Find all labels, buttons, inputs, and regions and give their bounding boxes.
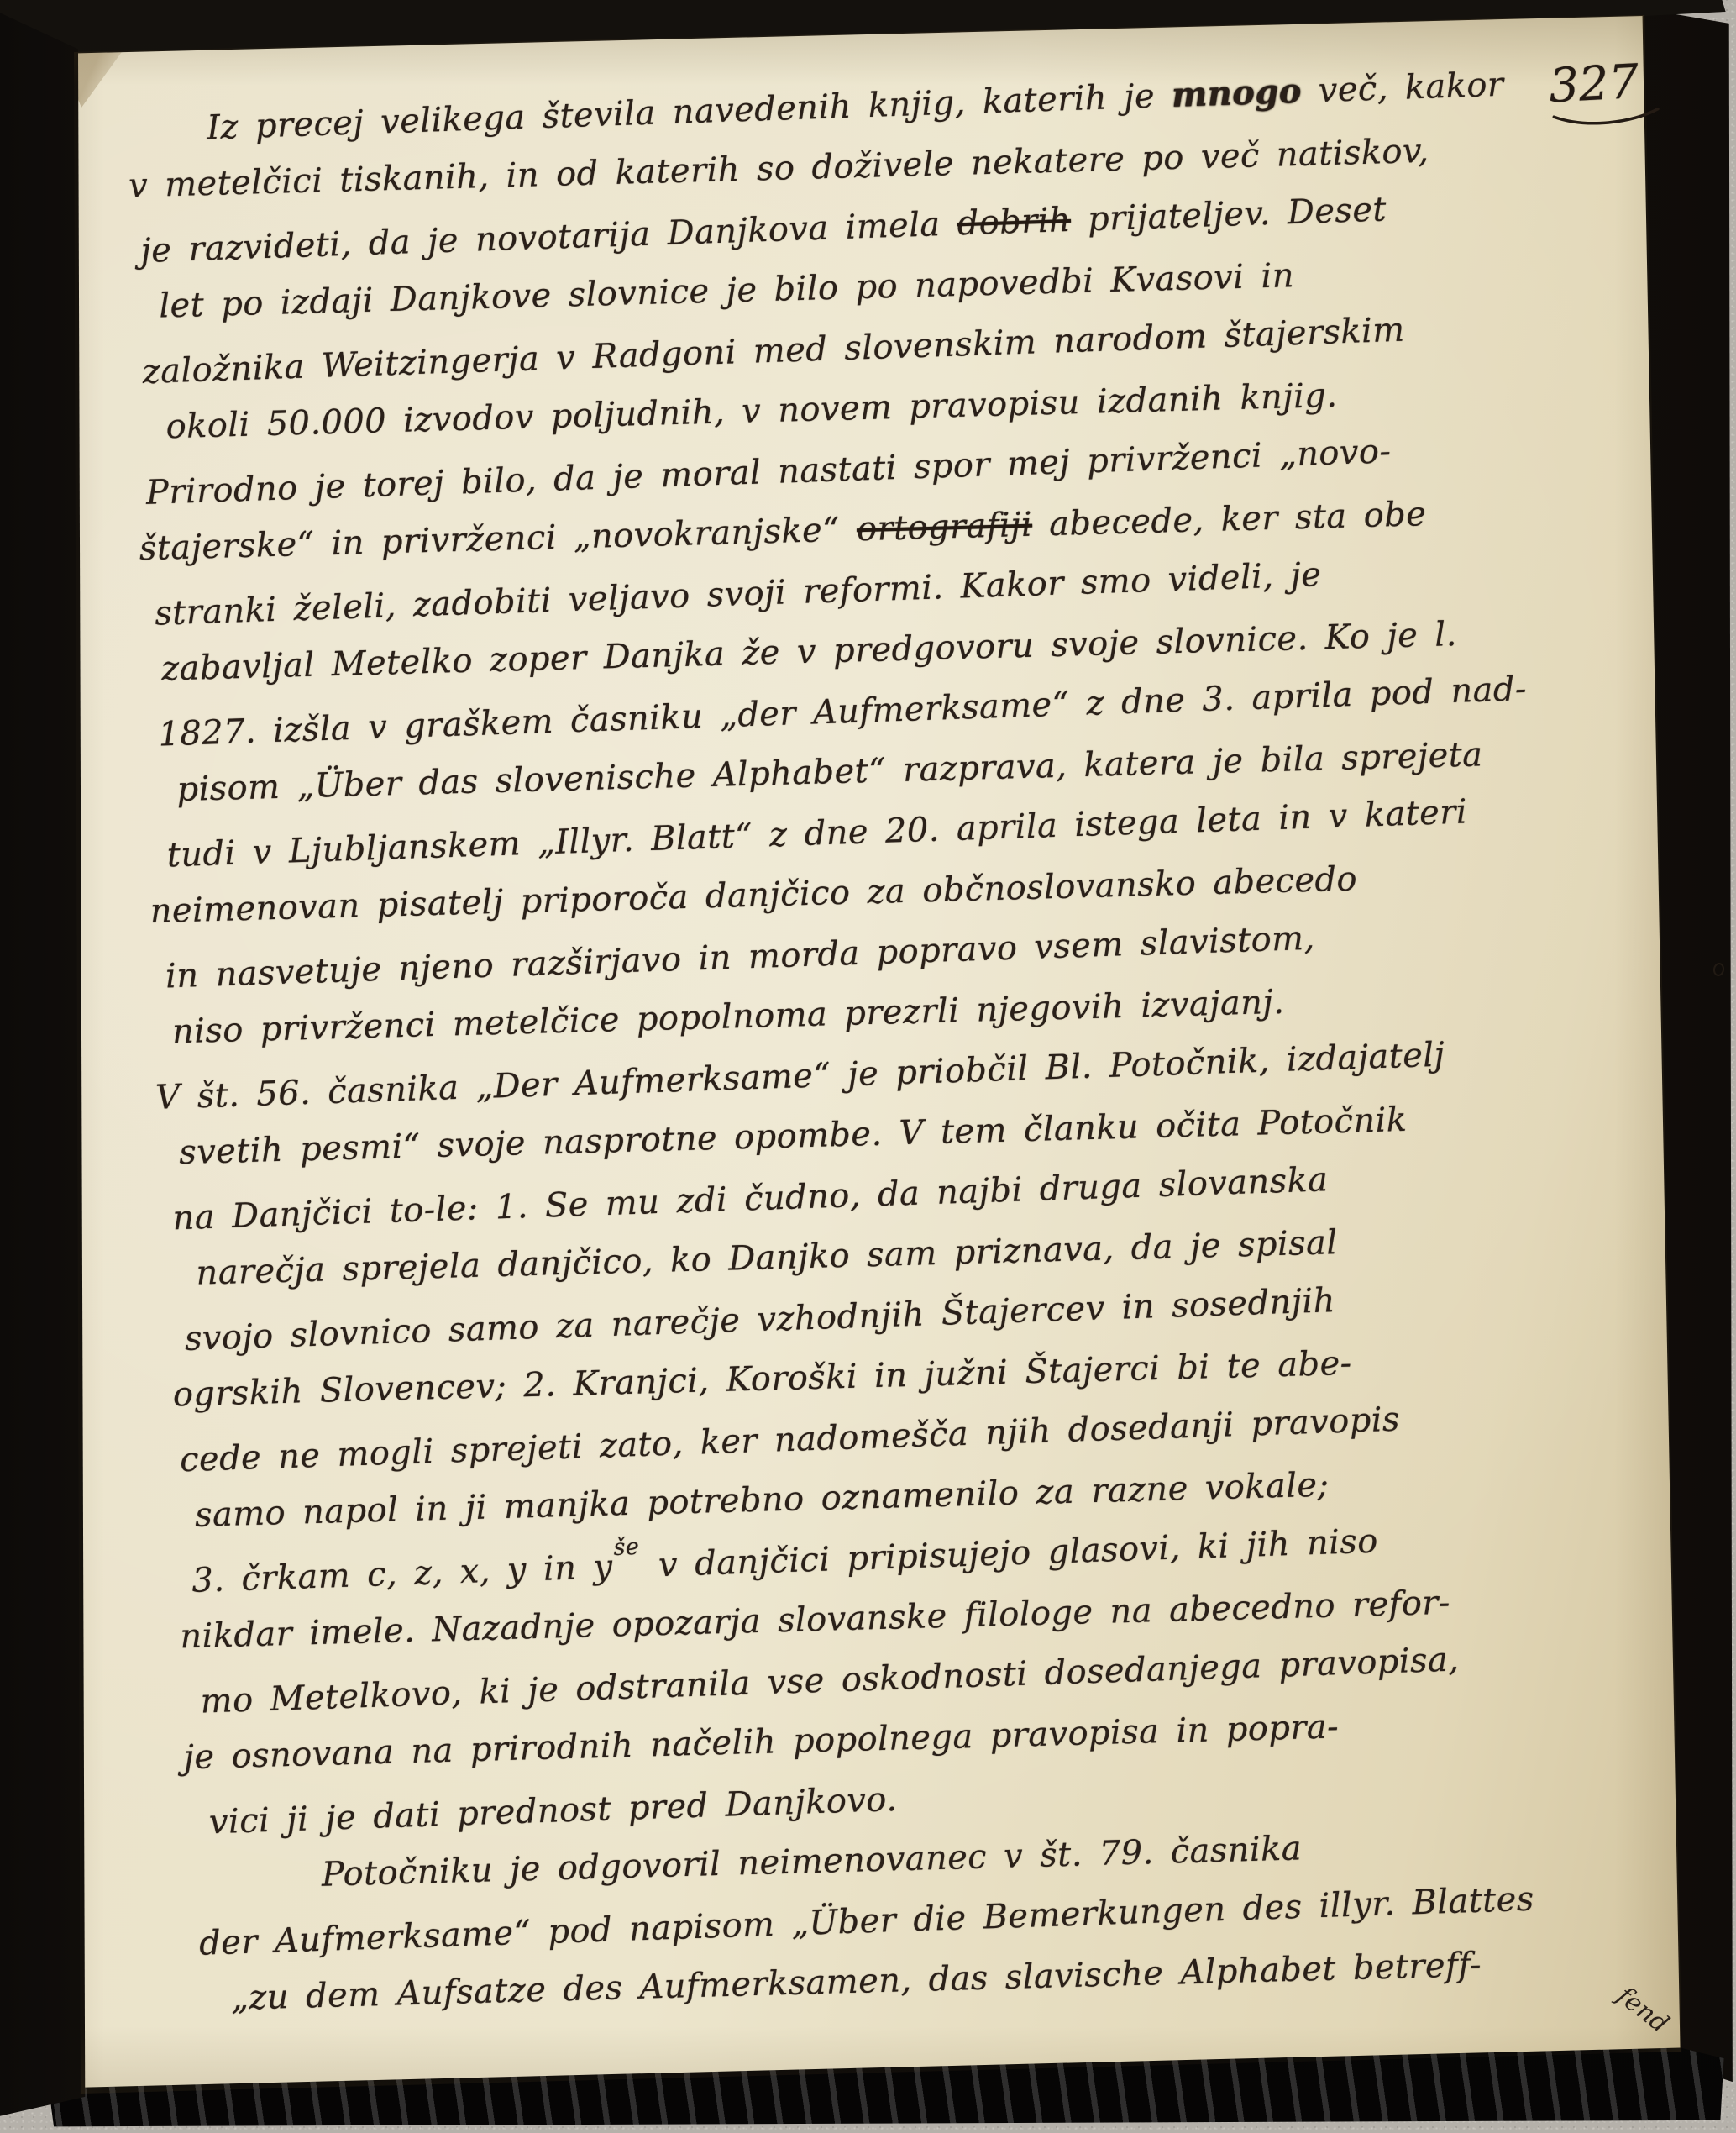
handwritten-text-block: Iz precej velikega števila navedenih knj…: [126, 52, 1700, 2032]
struck-word: dobrih: [957, 201, 1072, 244]
photo-of-manuscript-page: 327 Iz precej velikega števila navedenih…: [0, 0, 1736, 2133]
struck-word: ortografiji: [856, 506, 1032, 549]
line-text: prijateljev. Deset: [1070, 190, 1387, 239]
line-text: več, kakor: [1301, 66, 1504, 111]
line-text: 3. črkam c, z, x, y in y: [191, 1547, 614, 1600]
line-text: v danjčici pripisujejo glasovi, ki jih n…: [641, 1522, 1378, 1585]
line-text: štajerske“ in privrženci „novokranjske“: [139, 510, 857, 568]
overwritten-word: mnogo: [1171, 71, 1302, 115]
interlinear-insertion: še: [614, 1547, 640, 1548]
line-text: abecede, ker sta obe: [1031, 495, 1426, 544]
